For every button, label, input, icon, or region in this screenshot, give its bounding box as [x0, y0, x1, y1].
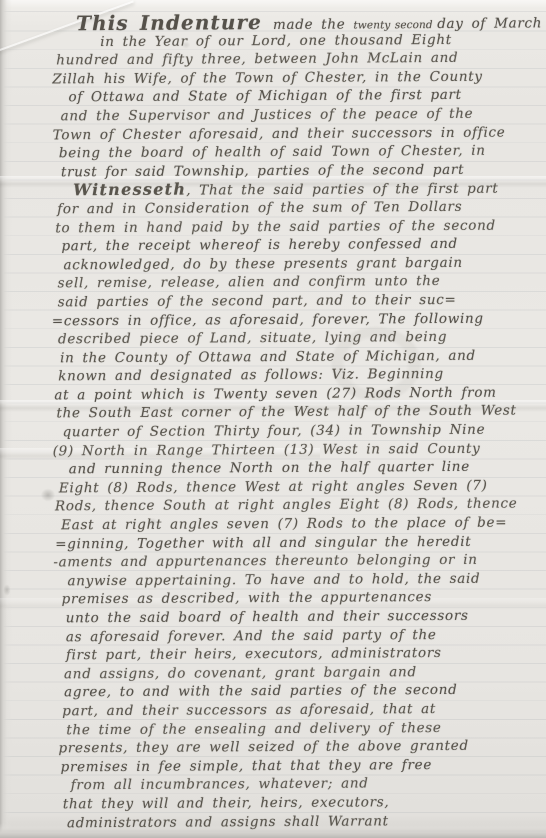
line-text: as aforesaid forever. And the said party… — [66, 627, 437, 645]
line-text: administrators and assigns shall Warrant — [67, 813, 389, 831]
line-text: to them in hand paid by the said parties… — [55, 217, 496, 236]
manuscript-lines: This Indenture made the twenty second da… — [0, 11, 546, 832]
manuscript-line: Witnesseth, That the said parties of the… — [1, 179, 546, 201]
line-text: quarter of Section Thirty four, (34) in … — [63, 422, 486, 441]
line-text: Town of Chester aforesaid, and their suc… — [53, 124, 506, 143]
manuscript-line: to them in hand paid by the said parties… — [1, 216, 546, 238]
line-text: =ginning, Together with all and singular… — [55, 533, 471, 552]
line-text: from all incumbrances, whatever; and — [71, 776, 369, 794]
line-text: first part, their heirs, executors, admi… — [66, 645, 442, 663]
line-text: Rods, thence South at right angles Eight… — [55, 496, 518, 515]
manuscript-line: being the board of health of said Town o… — [1, 141, 546, 163]
line-text: and the Supervisor and Justices of the p… — [61, 106, 474, 125]
line-text: at a point which is Twenty seven (27) Ro… — [54, 385, 496, 404]
line-text: trust for said Township, parties of the … — [61, 162, 464, 180]
line-text: said parties of the second part, and to … — [58, 292, 457, 310]
line-text: acknowledged, do by these presents grant… — [63, 255, 462, 273]
line-text: =cessors in office, as aforesaid, foreve… — [52, 310, 484, 329]
line-text: of Ottawa and State of Michigan of the f… — [68, 87, 461, 105]
line-text: twenty second — [353, 19, 437, 32]
line-text: hundred and fifty three, between John Mc… — [56, 50, 458, 68]
line-text: Eight (8) Rods, thence West at right ang… — [59, 478, 488, 497]
line-text: anywise appertaining. To have and to hol… — [67, 571, 480, 590]
line-text: (9) North in Range Thirteen (13) West in… — [53, 440, 481, 459]
manuscript-line: This Indenture made the twenty second da… — [0, 11, 546, 33]
line-text: the time of the ensealing and delivery o… — [66, 720, 441, 738]
line-text: in the Year of our Lord, one thousand Ei… — [100, 32, 452, 50]
manuscript-line: Zillah his Wife, of the Town of Chester,… — [0, 67, 546, 89]
line-text: presents, they are well seized of the ab… — [58, 738, 468, 757]
line-text: part, the receipt whereof is hereby conf… — [61, 236, 457, 254]
line-text: premises as described, with the appurten… — [62, 589, 432, 607]
manuscript-line: in the County of Ottawa and State of Mic… — [2, 346, 546, 368]
line-text: part, and their successors as aforesaid,… — [62, 701, 436, 719]
manuscript-line: anywise appertaining. To have and to hol… — [3, 569, 546, 591]
manuscript-line: administrators and assigns shall Warrant — [5, 811, 546, 833]
paper-edge-top — [0, 0, 546, 8]
line-text: , That the said parties of the first par… — [186, 181, 498, 199]
line-text: in the County of Ottawa and State of Mic… — [60, 347, 476, 366]
line-text: described piece of Land, situate, lying … — [58, 329, 447, 347]
manuscript-page: This Indenture made the twenty second da… — [0, 0, 546, 838]
line-text: premises in fee simple, that that they a… — [61, 757, 432, 775]
manuscript-line: unto the said board of health and their … — [4, 606, 546, 628]
line-text: the South East corner of the West half o… — [56, 403, 516, 422]
line-text: day of March — [437, 15, 542, 32]
line-text: -aments and appurtenances thereunto belo… — [53, 552, 477, 571]
manuscript-line: presents, they are well seized of the ab… — [4, 736, 546, 758]
line-text: Witnesseth — [73, 180, 186, 200]
line-text: East at right angles seven (7) Rods to t… — [61, 515, 507, 534]
line-text: and running thence North on the half qua… — [69, 459, 470, 477]
line-text: made the — [273, 17, 354, 33]
line-text: for and in Consideration of the sum of T… — [57, 199, 462, 217]
line-text: being the board of health of said Town o… — [59, 143, 486, 162]
line-text: sell, remise, release, alien and confirm… — [58, 273, 441, 291]
line-text: that they will and their, heirs, executo… — [63, 794, 390, 812]
line-text: and assigns, do covenant, grant bargain … — [64, 664, 417, 682]
line-text: agree, to and with the said parties of t… — [64, 682, 457, 700]
manuscript-line: =cessors in office, as aforesaid, foreve… — [2, 309, 546, 331]
line-text: unto the said board of health and their … — [66, 608, 469, 626]
line-text: Zillah his Wife, of the Town of Chester,… — [52, 69, 482, 88]
line-text: known and designated as follows: Viz. Be… — [58, 366, 444, 384]
